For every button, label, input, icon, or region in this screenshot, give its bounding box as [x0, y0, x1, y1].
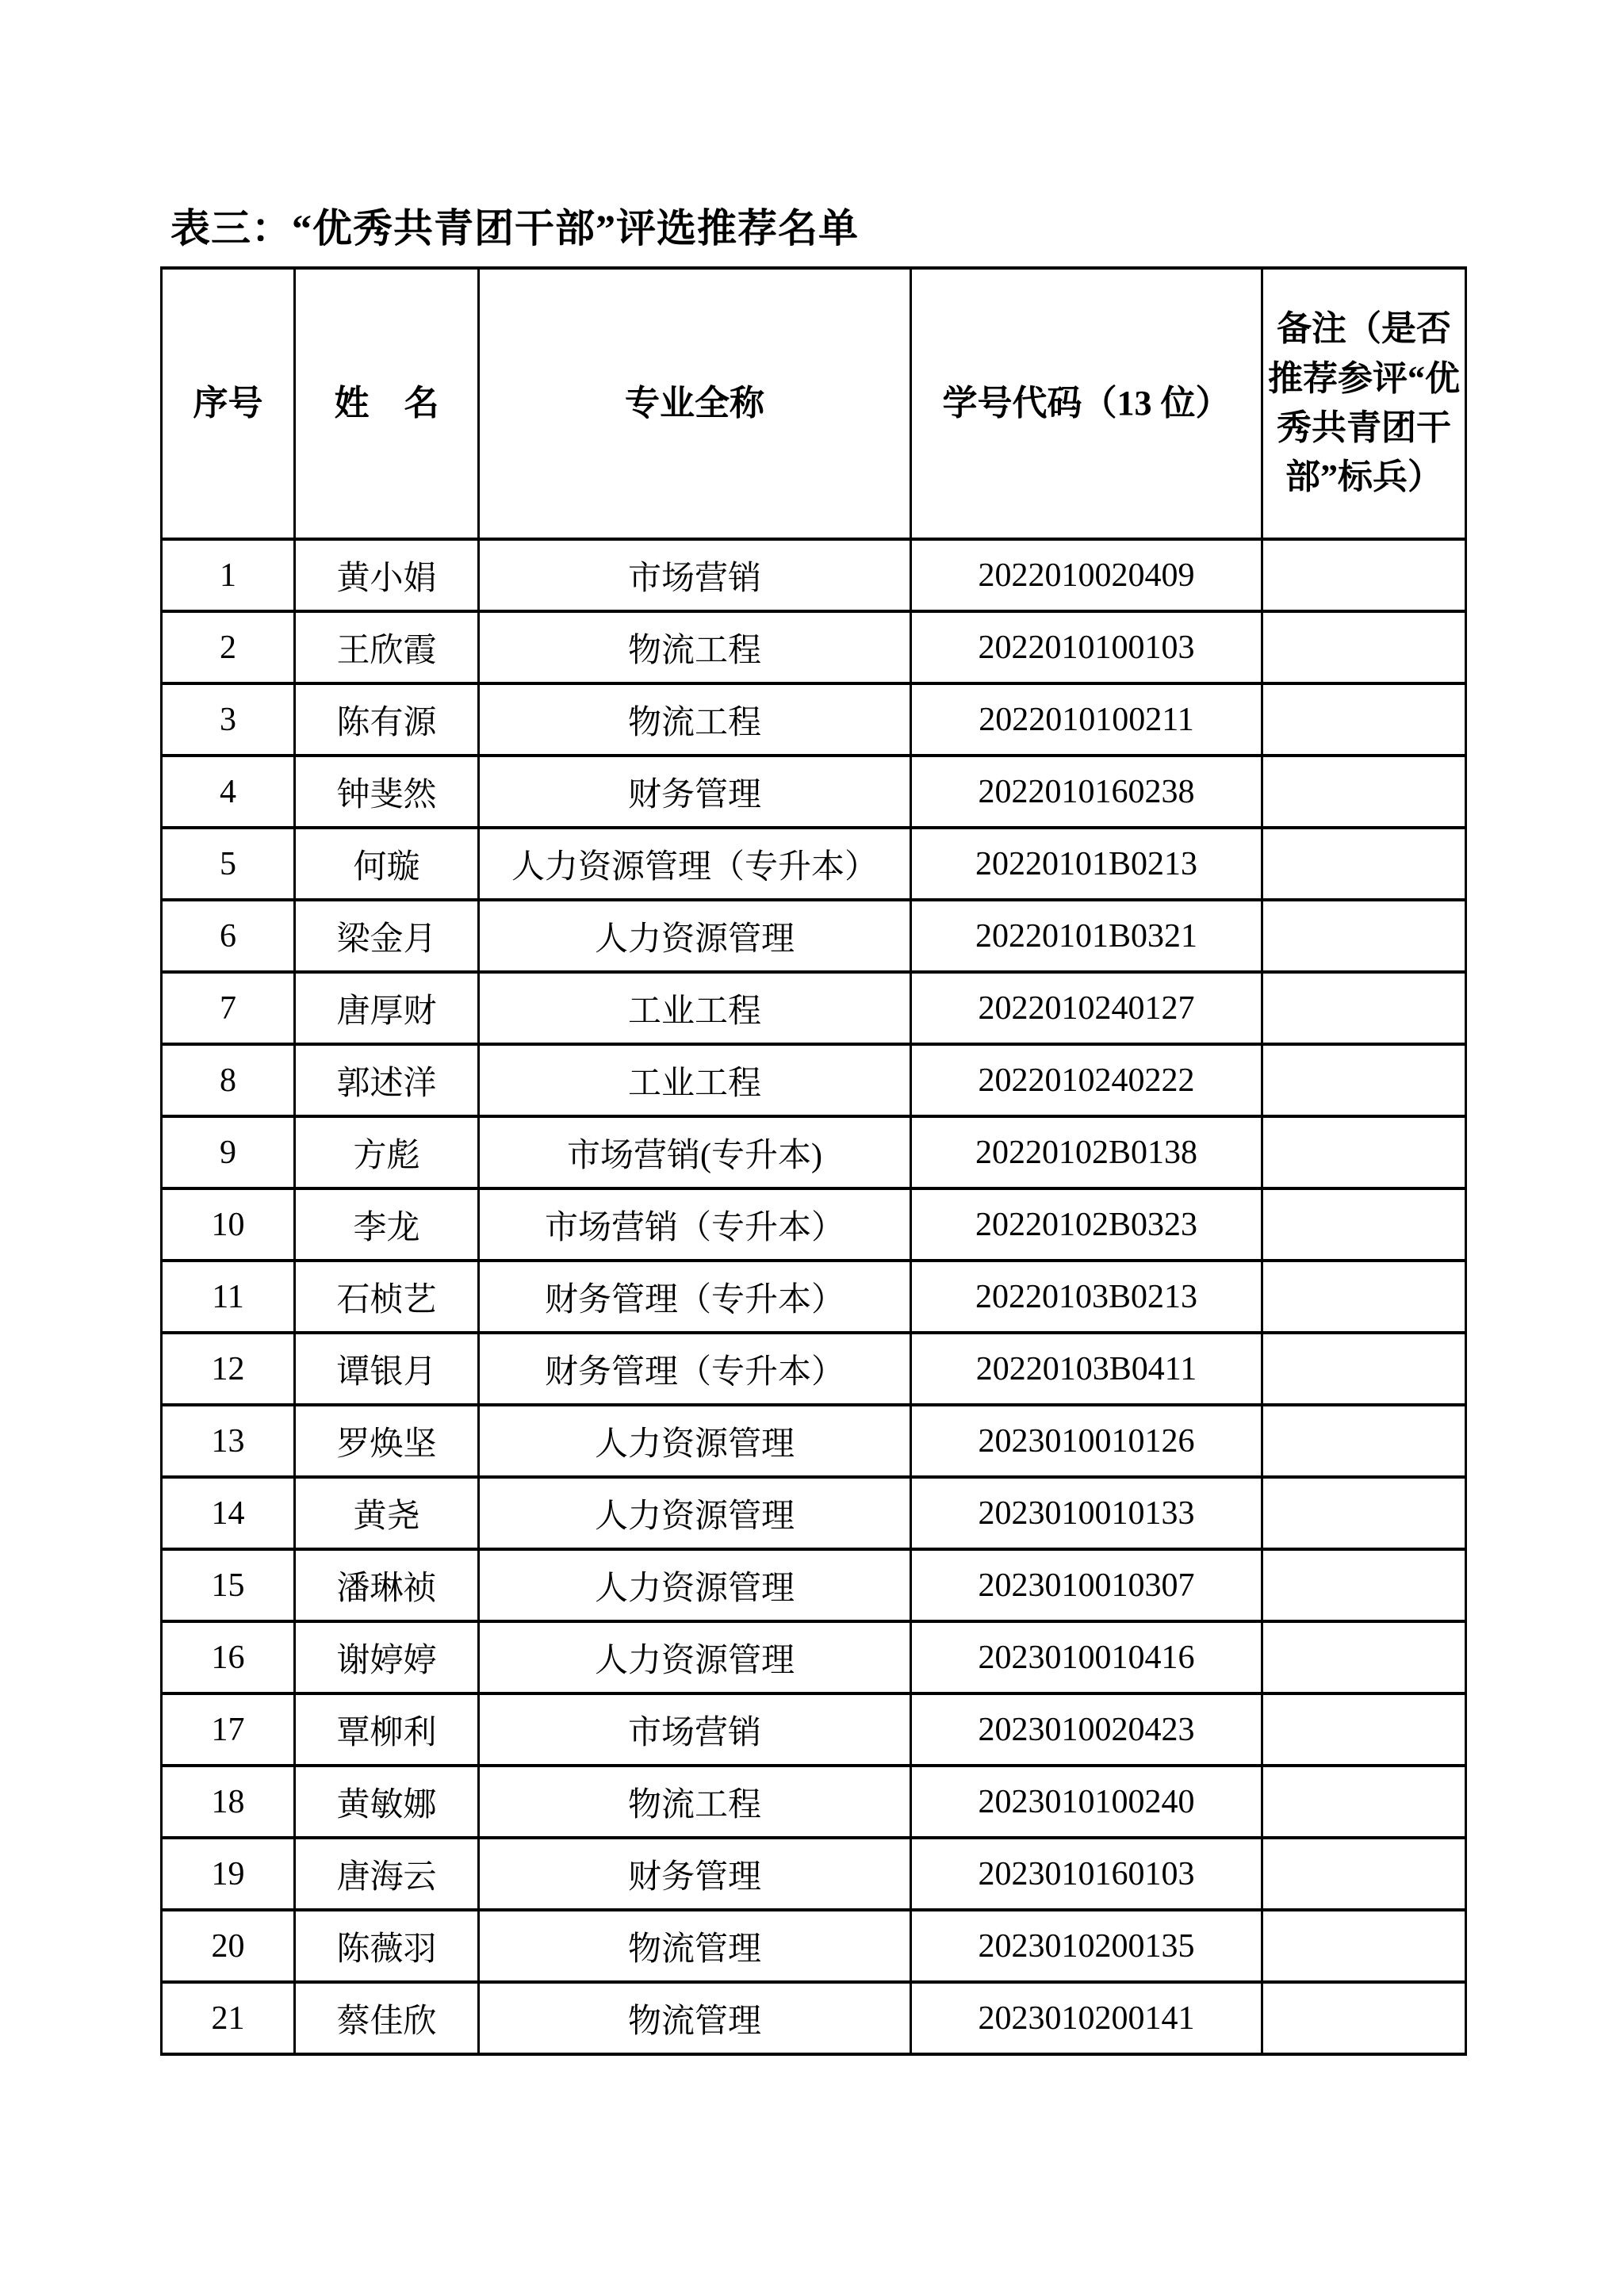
cell-index: 18	[162, 1766, 295, 1838]
recommendation-table: 序号 姓 名 专业全称 学号代码（13 位） 备注（是否推荐参评“优秀共青团干部…	[160, 266, 1467, 2056]
cell-remark	[1262, 611, 1466, 683]
cell-student_id: 2023010010307	[911, 1549, 1262, 1621]
cell-index: 20	[162, 1910, 295, 1982]
cell-name: 李龙	[295, 1188, 479, 1261]
cell-index: 14	[162, 1477, 295, 1549]
column-header-major: 专业全称	[479, 268, 911, 539]
cell-index: 4	[162, 756, 295, 828]
cell-name: 唐海云	[295, 1838, 479, 1910]
column-header-remark: 备注（是否推荐参评“优秀共青团干部”标兵）	[1262, 268, 1466, 539]
cell-remark	[1262, 1405, 1466, 1477]
cell-index: 12	[162, 1333, 295, 1405]
cell-major: 财务管理（专升本）	[479, 1333, 911, 1405]
table-row: 14黄尧人力资源管理2023010010133	[162, 1477, 1466, 1549]
cell-remark	[1262, 1188, 1466, 1261]
cell-index: 5	[162, 828, 295, 900]
table-row: 9方彪市场营销(专升本)20220102B0138	[162, 1116, 1466, 1188]
cell-index: 19	[162, 1838, 295, 1910]
cell-name: 黄尧	[295, 1477, 479, 1549]
cell-index: 9	[162, 1116, 295, 1188]
cell-student_id: 2023010020423	[911, 1693, 1262, 1766]
table-row: 1黄小娟市场营销2022010020409	[162, 539, 1466, 611]
table-row: 12谭银月财务管理（专升本）20220103B0411	[162, 1333, 1466, 1405]
cell-remark	[1262, 900, 1466, 972]
cell-student_id: 2022010100211	[911, 683, 1262, 756]
cell-student_id: 2023010010133	[911, 1477, 1262, 1549]
cell-remark	[1262, 1477, 1466, 1549]
column-header-student-id: 学号代码（13 位）	[911, 268, 1262, 539]
cell-remark	[1262, 1982, 1466, 2054]
table-row: 15潘琳祯人力资源管理2023010010307	[162, 1549, 1466, 1621]
cell-name: 潘琳祯	[295, 1549, 479, 1621]
cell-major: 财务管理（专升本）	[479, 1261, 911, 1333]
table-row: 16谢婷婷人力资源管理2023010010416	[162, 1621, 1466, 1693]
cell-student_id: 20220102B0323	[911, 1188, 1262, 1261]
cell-student_id: 2022010240222	[911, 1044, 1262, 1116]
cell-student_id: 20220103B0213	[911, 1261, 1262, 1333]
cell-student_id: 2023010160103	[911, 1838, 1262, 1910]
document-page: { "page": { "title": "表三：“优秀共青团干部”评选推荐名单…	[0, 0, 1624, 2296]
cell-name: 何璇	[295, 828, 479, 900]
table-title: 表三：“优秀共青团干部”评选推荐名单	[170, 197, 859, 254]
table-header: 序号 姓 名 专业全称 学号代码（13 位） 备注（是否推荐参评“优秀共青团干部…	[162, 268, 1466, 539]
cell-index: 7	[162, 972, 295, 1044]
cell-student_id: 2023010100240	[911, 1766, 1262, 1838]
cell-major: 工业工程	[479, 972, 911, 1044]
cell-major: 人力资源管理（专升本）	[479, 828, 911, 900]
cell-name: 覃柳利	[295, 1693, 479, 1766]
cell-student_id: 20220101B0321	[911, 900, 1262, 972]
cell-major: 人力资源管理	[479, 1621, 911, 1693]
table-row: 17覃柳利市场营销2023010020423	[162, 1693, 1466, 1766]
cell-index: 8	[162, 1044, 295, 1116]
cell-remark	[1262, 1261, 1466, 1333]
cell-remark	[1262, 972, 1466, 1044]
cell-name: 谭银月	[295, 1333, 479, 1405]
cell-name: 梁金月	[295, 900, 479, 972]
table-row: 8郭述洋工业工程2022010240222	[162, 1044, 1466, 1116]
cell-index: 21	[162, 1982, 295, 2054]
cell-index: 11	[162, 1261, 295, 1333]
table-row: 11石桢艺财务管理（专升本）20220103B0213	[162, 1261, 1466, 1333]
table-row: 2王欣霞物流工程2022010100103	[162, 611, 1466, 683]
cell-remark	[1262, 1693, 1466, 1766]
cell-remark	[1262, 1621, 1466, 1693]
cell-remark	[1262, 539, 1466, 611]
cell-remark	[1262, 1044, 1466, 1116]
cell-major: 市场营销	[479, 539, 911, 611]
cell-name: 钟斐然	[295, 756, 479, 828]
cell-remark	[1262, 828, 1466, 900]
cell-name: 蔡佳欣	[295, 1982, 479, 2054]
table-row: 13罗焕坚人力资源管理2023010010126	[162, 1405, 1466, 1477]
table-body: 1黄小娟市场营销20220100204092王欣霞物流工程20220101001…	[162, 539, 1466, 2054]
table-row: 3陈有源物流工程2022010100211	[162, 683, 1466, 756]
cell-student_id: 2022010100103	[911, 611, 1262, 683]
table-row: 10李龙市场营销（专升本）20220102B0323	[162, 1188, 1466, 1261]
cell-remark	[1262, 1116, 1466, 1188]
header-row: 序号 姓 名 专业全称 学号代码（13 位） 备注（是否推荐参评“优秀共青团干部…	[162, 268, 1466, 539]
cell-index: 1	[162, 539, 295, 611]
cell-index: 16	[162, 1621, 295, 1693]
table-row: 4钟斐然财务管理2022010160238	[162, 756, 1466, 828]
cell-major: 物流管理	[479, 1910, 911, 1982]
cell-name: 方彪	[295, 1116, 479, 1188]
cell-student_id: 2022010240127	[911, 972, 1262, 1044]
cell-name: 陈有源	[295, 683, 479, 756]
cell-major: 人力资源管理	[479, 900, 911, 972]
cell-student_id: 2023010010126	[911, 1405, 1262, 1477]
cell-major: 人力资源管理	[479, 1477, 911, 1549]
cell-remark	[1262, 1766, 1466, 1838]
cell-name: 罗焕坚	[295, 1405, 479, 1477]
column-header-name: 姓 名	[295, 268, 479, 539]
cell-major: 财务管理	[479, 756, 911, 828]
cell-major: 人力资源管理	[479, 1405, 911, 1477]
cell-student_id: 20220102B0138	[911, 1116, 1262, 1188]
cell-student_id: 2022010160238	[911, 756, 1262, 828]
table-row: 19唐海云财务管理2023010160103	[162, 1838, 1466, 1910]
cell-index: 3	[162, 683, 295, 756]
table-row: 5何璇人力资源管理（专升本）20220101B0213	[162, 828, 1466, 900]
cell-student_id: 2023010010416	[911, 1621, 1262, 1693]
cell-major: 物流工程	[479, 683, 911, 756]
cell-remark	[1262, 1333, 1466, 1405]
cell-major: 物流管理	[479, 1982, 911, 2054]
table-row: 18黄敏娜物流工程2023010100240	[162, 1766, 1466, 1838]
cell-student_id: 20220101B0213	[911, 828, 1262, 900]
cell-student_id: 2022010020409	[911, 539, 1262, 611]
cell-student_id: 2023010200135	[911, 1910, 1262, 1982]
cell-index: 6	[162, 900, 295, 972]
cell-index: 2	[162, 611, 295, 683]
cell-name: 黄敏娜	[295, 1766, 479, 1838]
cell-name: 谢婷婷	[295, 1621, 479, 1693]
cell-remark	[1262, 683, 1466, 756]
table-row: 21蔡佳欣物流管理2023010200141	[162, 1982, 1466, 2054]
cell-name: 郭述洋	[295, 1044, 479, 1116]
cell-remark	[1262, 1838, 1466, 1910]
cell-major: 人力资源管理	[479, 1549, 911, 1621]
cell-major: 物流工程	[479, 611, 911, 683]
cell-remark	[1262, 1549, 1466, 1621]
cell-name: 石桢艺	[295, 1261, 479, 1333]
cell-major: 市场营销(专升本)	[479, 1116, 911, 1188]
cell-major: 工业工程	[479, 1044, 911, 1116]
cell-name: 黄小娟	[295, 539, 479, 611]
cell-student_id: 2023010200141	[911, 1982, 1262, 2054]
cell-name: 唐厚财	[295, 972, 479, 1044]
cell-index: 10	[162, 1188, 295, 1261]
cell-index: 13	[162, 1405, 295, 1477]
cell-remark	[1262, 1910, 1466, 1982]
column-header-index: 序号	[162, 268, 295, 539]
cell-major: 市场营销（专升本）	[479, 1188, 911, 1261]
cell-major: 财务管理	[479, 1838, 911, 1910]
table-row: 7唐厚财工业工程2022010240127	[162, 972, 1466, 1044]
cell-remark	[1262, 756, 1466, 828]
cell-index: 15	[162, 1549, 295, 1621]
cell-student_id: 20220103B0411	[911, 1333, 1262, 1405]
cell-index: 17	[162, 1693, 295, 1766]
table-row: 6梁金月人力资源管理20220101B0321	[162, 900, 1466, 972]
cell-name: 陈薇羽	[295, 1910, 479, 1982]
table-row: 20陈薇羽物流管理2023010200135	[162, 1910, 1466, 1982]
cell-major: 市场营销	[479, 1693, 911, 1766]
cell-name: 王欣霞	[295, 611, 479, 683]
cell-major: 物流工程	[479, 1766, 911, 1838]
